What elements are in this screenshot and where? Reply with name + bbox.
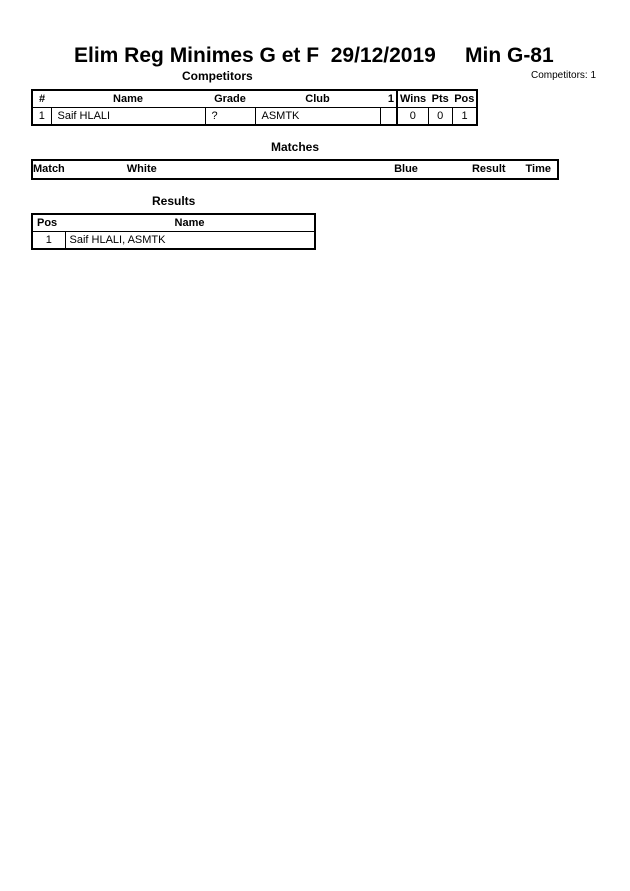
competitors-section-title: Competitors — [182, 69, 253, 83]
table-row: 1 Saif HLALI, ASMTK — [32, 232, 315, 250]
competitor-grade: ? — [205, 108, 255, 126]
competitor-number: 1 — [32, 108, 51, 126]
col-match: Match — [32, 160, 67, 179]
col-pos: Pos — [452, 90, 477, 108]
col-number: # — [32, 90, 51, 108]
competitor-name: Saif HLALI — [51, 108, 205, 126]
competitors-table: # Name Grade Club 1 Wins Pts Pos 1 Saif … — [31, 89, 478, 126]
competitor-pos: 1 — [452, 108, 477, 126]
col-white: White — [67, 160, 265, 179]
col-wins: Wins — [397, 90, 428, 108]
table-row: 1 Saif HLALI ? ASMTK 0 0 1 — [32, 108, 477, 126]
col-pos: Pos — [32, 214, 65, 232]
competitor-wins: 0 — [397, 108, 428, 126]
competitor-round-1 — [380, 108, 397, 126]
table-header-row: Pos Name — [32, 214, 315, 232]
results-section-title: Results — [152, 194, 195, 208]
result-pos: 1 — [32, 232, 65, 250]
matches-section-title: Matches — [271, 140, 319, 154]
competitor-pts: 0 — [428, 108, 452, 126]
col-grade: Grade — [205, 90, 255, 108]
col-club: Club — [255, 90, 380, 108]
col-round-1: 1 — [380, 90, 397, 108]
col-name: Name — [65, 214, 315, 232]
col-name: Name — [51, 90, 205, 108]
result-name: Saif HLALI, ASMTK — [65, 232, 315, 250]
col-time: Time — [508, 160, 558, 179]
col-pts: Pts — [428, 90, 452, 108]
table-header-row: Match White Blue Result Time — [32, 160, 558, 179]
col-result: Result — [420, 160, 508, 179]
page-title: Elim Reg Minimes G et F 29/12/2019 Min G… — [74, 44, 554, 68]
matches-table: Match White Blue Result Time — [31, 159, 559, 180]
col-blue: Blue — [265, 160, 420, 179]
table-header-row: # Name Grade Club 1 Wins Pts Pos — [32, 90, 477, 108]
competitor-club: ASMTK — [255, 108, 380, 126]
results-table: Pos Name 1 Saif HLALI, ASMTK — [31, 213, 316, 250]
competitors-count: Competitors: 1 — [531, 70, 596, 81]
